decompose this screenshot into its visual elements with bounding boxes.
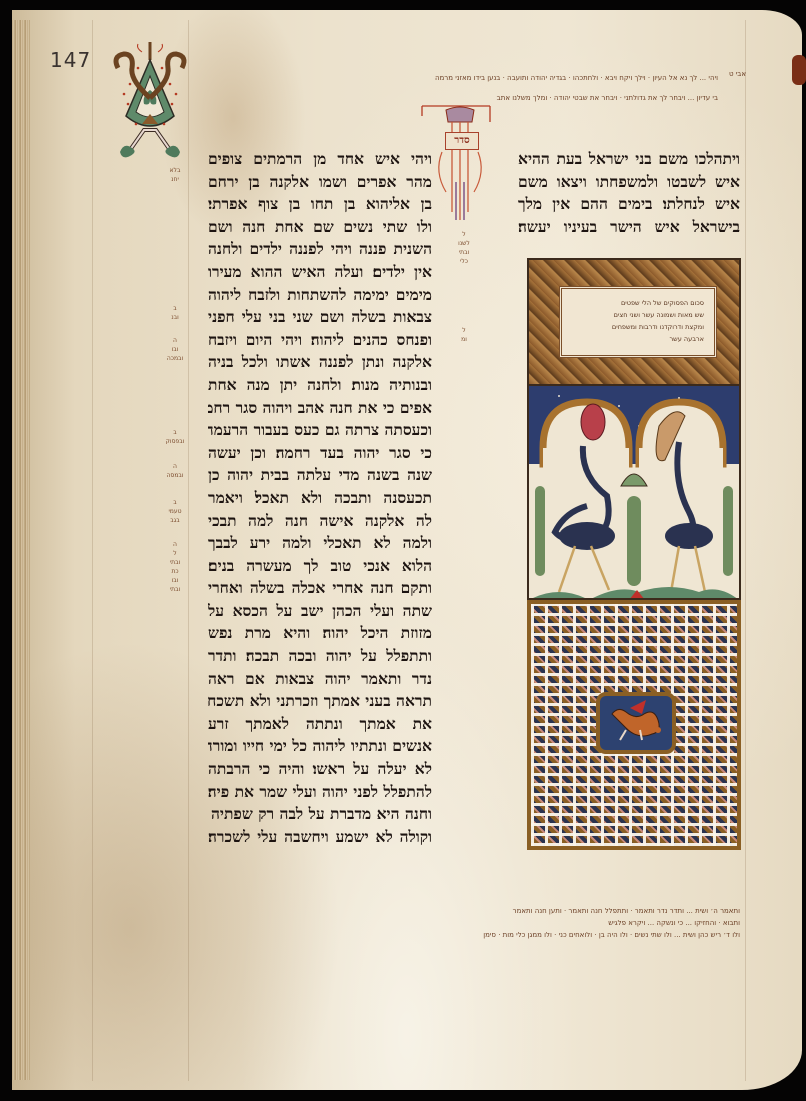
text-line: מזוזת היכל יהוה׃ והיא מרת נפש bbox=[208, 622, 432, 645]
text-line: נדר ותאמר יהוה צבאות אם ראה bbox=[208, 668, 432, 691]
text-line: ולמה לא תאכלי ולמה ירע לבבך bbox=[208, 532, 432, 555]
margin-note: ובמכה bbox=[160, 354, 190, 363]
winged-dragon-icon bbox=[600, 696, 672, 750]
dragon-medallion bbox=[596, 692, 676, 754]
outer-margin-notes: ב ובנ bbox=[160, 304, 190, 322]
cartouche-line: סכום הפסוקים של הלי שפטים bbox=[572, 297, 704, 309]
text-line: וכעסתה צרתה גם כעס בעבור הרעמה bbox=[208, 419, 432, 442]
text-line: הלוא אנכי טוב לך מעשרה בנים׃ bbox=[208, 555, 432, 578]
interlace-carpet-panel bbox=[527, 600, 741, 850]
text-line: השנית פננה ויהי לפננה ילדים ולחנה bbox=[208, 238, 432, 261]
margin-note: ה bbox=[160, 540, 190, 549]
text-line: להתפלל לפני יהוה ועלי שמר את פיה׃ bbox=[208, 781, 432, 804]
cartouche-line: ומקצת ודרוקדנו ודרבות ומשפחים bbox=[572, 321, 704, 333]
margin-note: ב bbox=[160, 428, 190, 437]
margin-note: ובמסה bbox=[160, 471, 190, 480]
text-column-left: ויהי איש אחד מן הרמתים צופים מהר אפרים ו… bbox=[208, 148, 432, 848]
margin-note: ל bbox=[160, 549, 190, 558]
outer-margin-notes: ה ובמסה bbox=[160, 462, 190, 480]
masora-bottom-line-1: ותאמר ה׳ ושית ... ותדר נדר ותאמר · ותתפל… bbox=[513, 905, 740, 917]
text-line: ובנותיה מנות׃ ולחנה יתן מנה אחת bbox=[208, 374, 432, 397]
margin-note: ובו bbox=[160, 345, 190, 354]
text-line: אין ילדים׃ ועלה האיש ההוא מעירו bbox=[208, 261, 432, 284]
margin-note: ב bbox=[160, 498, 190, 507]
text-line: בן אליהוא בן תחו בן צוף אפרתי׃ bbox=[208, 193, 432, 216]
text-line: תכעסנה ותבכה ולא תאכל׃ ויאמר bbox=[208, 487, 432, 510]
text-column-right: ויתהלכו משם בני ישראל בעת ההיא איש לשבטו… bbox=[518, 148, 740, 238]
text-line: וחנה היא מדברת על לבה רק שפתיה נעות bbox=[208, 803, 432, 826]
margin-note: ב bbox=[160, 304, 190, 313]
masora-bottom-line-2: ותבוא · והחזיקו ... כי ונשקה ... ויקרא פ… bbox=[608, 917, 740, 929]
text-line: שתה ועלי הכהן ישב על הכסא על bbox=[208, 600, 432, 623]
outer-margin-notes: ה ובו ובמכה bbox=[160, 336, 190, 363]
colophon-panel: סכום הפסוקים של הלי שפטים שש מאות ושמונה… bbox=[527, 258, 741, 386]
margin-note: ובנ bbox=[160, 313, 190, 322]
binding-edge bbox=[792, 55, 806, 85]
text-line: לא יעלה על ראשו׃ והיה כי הרבתה bbox=[208, 758, 432, 781]
margin-note: בלא bbox=[160, 166, 190, 175]
margin-note: כלי bbox=[452, 257, 476, 266]
margin-note: ל bbox=[452, 230, 476, 239]
margin-note: בגב bbox=[160, 516, 190, 525]
margin-note: ובו bbox=[160, 576, 190, 585]
margin-note: טעמי bbox=[160, 507, 190, 516]
masora-bottom-line-3: ולו ד׳ ריש כהן ושית ... ולו שתי נשים · ו… bbox=[483, 929, 740, 941]
outer-margin-notes: ב ובפסוק bbox=[160, 428, 190, 446]
masora-right-note: אבי ט bbox=[729, 68, 746, 80]
margin-note: ובתי bbox=[452, 248, 476, 257]
folio-number: 147 bbox=[50, 48, 91, 72]
text-line: תראה בעני אמתך וזכרתני ולא תשכח bbox=[208, 690, 432, 713]
margin-note: יחנ bbox=[160, 175, 190, 184]
margin-ruling-line bbox=[745, 20, 746, 1081]
text-line: ותתפלל על יהוה ובכה תבכה׃ ותדר bbox=[208, 645, 432, 668]
arcade-scene bbox=[527, 386, 741, 600]
margin-note: ומ bbox=[452, 335, 476, 344]
text-line: אפים כי את חנה אהב ויהוה סגר רחמה׃ bbox=[208, 397, 432, 420]
margin-ruling-line bbox=[92, 20, 93, 1081]
text-line: מהר אפרים ושמו אלקנה בן ירחם bbox=[208, 171, 432, 194]
colophon-cartouche: סכום הפסוקים של הלי שפטים שש מאות ושמונה… bbox=[559, 286, 717, 358]
text-line: את אמתך ונתתה לאמתך זרע bbox=[208, 713, 432, 736]
text-line: איש לשבטו ולמשפחתו ויצאו משם bbox=[518, 171, 740, 194]
cartouche-line: ארבעה עשר bbox=[572, 333, 704, 345]
text-line: ותקם חנה אחרי אכלה בשלה ואחרי bbox=[208, 577, 432, 600]
margin-note: ובתי bbox=[160, 558, 190, 567]
text-line: צבאות בשלה ושם שני בני עלי חפני bbox=[208, 306, 432, 329]
page-stack-edges bbox=[12, 20, 30, 1080]
seder-label: סדר bbox=[445, 132, 479, 150]
text-line: מימים ימימה להשתחות ולזבח ליהוה bbox=[208, 284, 432, 307]
outer-margin-notes: בלא יחנ bbox=[160, 166, 190, 184]
text-line: כי סגר יהוה בעד רחמה׃ וכן יעשה bbox=[208, 442, 432, 465]
text-line: לה אלקנה אישה חנה למה תבכי bbox=[208, 510, 432, 533]
text-line: ולו שתי נשים שם אחת חנה ושם bbox=[208, 216, 432, 239]
birds-under-arcade-icon bbox=[529, 386, 739, 600]
margin-note: ובתי bbox=[160, 585, 190, 594]
outer-margin-notes: ה ל ובתי כת ובו ובתי bbox=[160, 540, 190, 594]
masora-magna-top-line-2: בי עדיון ... ויבחר לך את גדולתני · ויבחר… bbox=[497, 92, 718, 104]
margin-note: לשנו bbox=[452, 239, 476, 248]
illumination-panel: סכום הפסוקים של הלי שפטים שש מאות ושמונה… bbox=[527, 258, 741, 850]
text-line: בישראל איש הישר בעיניו יעשה׃ bbox=[518, 216, 740, 239]
masora-magna-top-line-1: ויהי ... לך נא אל העיון · וילך ויקח ויבא… bbox=[435, 72, 718, 84]
text-line: שנה בשנה מדי עלתה בבית יהוה כן bbox=[208, 464, 432, 487]
margin-note: כת bbox=[160, 567, 190, 576]
cartouche-line: שש מאות ושמונה עשר ושני חצים bbox=[572, 309, 704, 321]
margin-note: ה bbox=[160, 336, 190, 345]
outer-margin-notes: ב טעמי בגב bbox=[160, 498, 190, 525]
margin-note: ובפסוק bbox=[160, 437, 190, 446]
ornament-icon bbox=[116, 42, 184, 157]
margin-note: ל bbox=[452, 326, 476, 335]
text-line: ויהי איש אחד מן הרמתים צופים bbox=[208, 148, 432, 171]
text-line: וקולה לא ישמע ויחשבה עלי לשכרה׃ bbox=[208, 826, 432, 849]
margin-note: ה bbox=[160, 462, 190, 471]
decorated-initial-ornament bbox=[108, 38, 192, 166]
text-line: אלקנה ונתן לפננה אשתו ולכל בניה bbox=[208, 351, 432, 374]
text-line: איש לנחלתו׃ בימים ההם אין מלך bbox=[518, 193, 740, 216]
inner-margin-notes-upper: ל לשנו ובתי כלי bbox=[452, 230, 476, 266]
text-line: אנשים ונתתיו ליהוה כל ימי חייו ומורה bbox=[208, 735, 432, 758]
text-line: ופנחס כהנים ליהוה׃ ויהי היום ויזבח bbox=[208, 329, 432, 352]
text-line: ויתהלכו משם בני ישראל בעת ההיא bbox=[518, 148, 740, 171]
inner-margin-notes-lower: ל ומ bbox=[452, 326, 476, 344]
